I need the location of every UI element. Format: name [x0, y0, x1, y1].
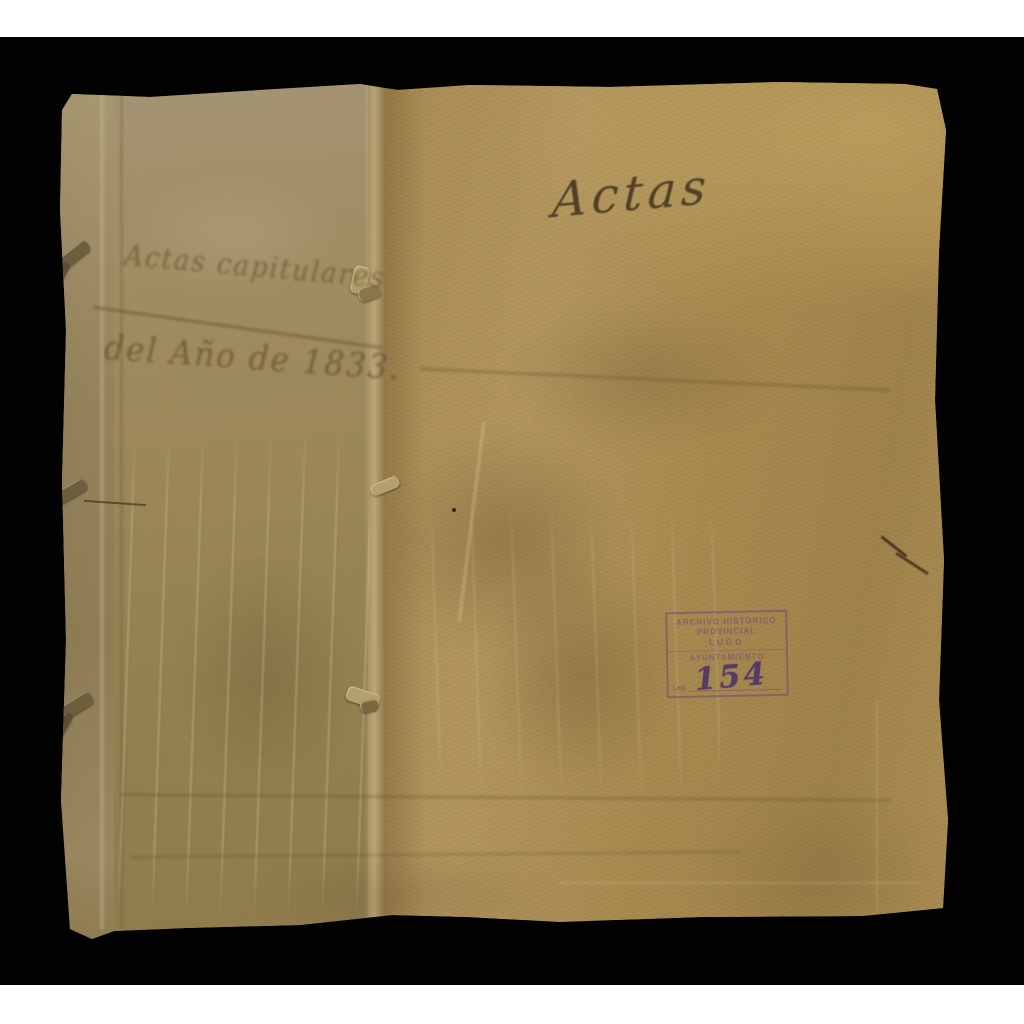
parchment-book-cover: Actas Actas capitulares del Año de 1833.…	[0, 0, 1024, 1024]
edge-vignette	[0, 0, 1024, 1024]
photo-frame: Actas Actas capitulares del Año de 1833.…	[0, 0, 1024, 1024]
